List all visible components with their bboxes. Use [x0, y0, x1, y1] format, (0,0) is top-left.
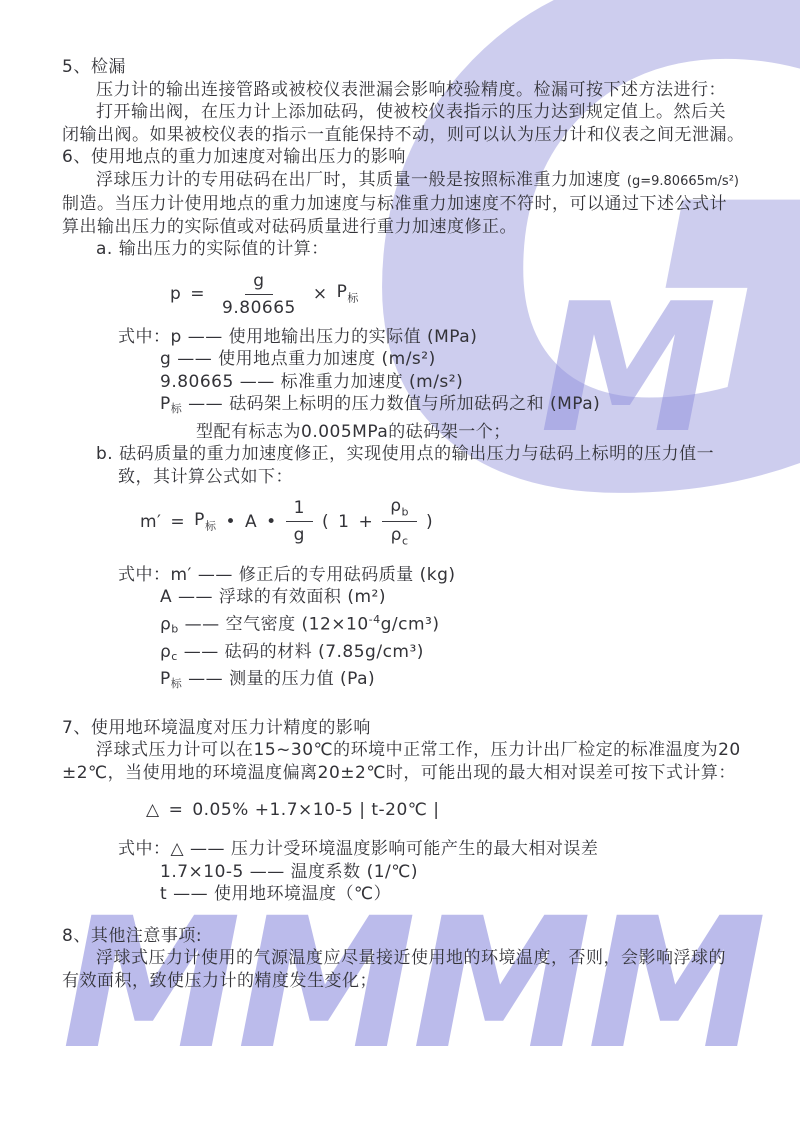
open-paren: (	[322, 512, 329, 532]
line-text: 7、使用地环境温度对压力计精度的影响	[62, 718, 371, 738]
line-text: 式中：△ —— 压力计受环境温度影响可能产生的最大相对误差	[118, 839, 598, 859]
doc-line: 1.7×10-5 —— 温度系数 (1/℃)	[160, 861, 760, 884]
text-group-4: 式中：△ —— 压力计受环境温度影响可能产生的最大相对误差1.7×10-5 ——…	[62, 838, 760, 992]
doc-line: 制造。当压力计使用地点的重力加速度与标准重力加速度不符时，可以通过下述公式计	[62, 193, 760, 216]
doc-line: 浮球式压力计可以在15~30℃的环境中正常工作，压力计出厂检定的标准温度为20	[96, 739, 760, 762]
doc-line: 8、其他注意事项:	[62, 925, 760, 948]
doc-line: ρb —— 空气密度 (12×10-4g/cm³)	[160, 609, 760, 641]
line-text: g/cm³)	[381, 614, 440, 634]
dot-operator: •	[266, 512, 277, 532]
line-text: —— 空气密度 (12×10	[179, 614, 369, 634]
formula-body: 0.05% +1.7×10-5 | t-20℃ |	[192, 800, 439, 820]
close-paren: )	[426, 512, 433, 532]
line-text: A —— 浮球的有效面积 (m²)	[160, 587, 386, 607]
multiply-sign: ×	[313, 284, 328, 304]
line-text: 9.80665 —— 标准重力加速度 (m/s²)	[160, 372, 463, 392]
subscript-text: 标	[171, 677, 183, 690]
fraction-numerator: g	[245, 271, 272, 295]
line-text: b. 砝码质量的重力加速度修正，实现使用点的输出压力与砝码上标明的压力值一	[96, 444, 714, 464]
formula-lhs: m′	[140, 512, 161, 532]
doc-line: 闭输出阀。如果被校仪表的指示一直能保持不动，则可以认为压力计和仪表之间无泄漏。	[62, 124, 760, 147]
line-text: 算出输出压力的实际值或对砝码质量进行重力加速度修正。	[62, 217, 517, 237]
line-text: 浮球压力计的专用砝码在出厂时，其质量一般是按照标准重力加速度	[96, 170, 627, 190]
formula-temperature-error: △ = 0.05% +1.7×10-5 | t-20℃ |	[146, 800, 760, 820]
doc-line: 浮球式压力计使用的气源温度应尽量接近使用地的环境温度，否则，会影响浮球的	[96, 947, 760, 970]
line-text: 浮球式压力计可以在15~30℃的环境中正常工作，压力计出厂检定的标准温度为20	[96, 740, 741, 760]
equals-sign: =	[170, 512, 185, 532]
line-text: 式中：m′ —— 修正后的专用砝码质量 (kg)	[118, 565, 456, 585]
doc-line: 打开输出阀，在压力计上添加砝码，使被校仪表指示的压力达到规定值上。然后关	[96, 101, 760, 124]
doc-line: g —— 使用地点重力加速度 (m/s²)	[160, 348, 760, 371]
line-text: ρ	[160, 614, 171, 634]
fraction-numerator: ρb	[382, 496, 417, 522]
doc-line: 压力计的输出连接管路或被校仪表泄漏会影响校验精度。检漏可按下述方法进行：	[96, 79, 760, 102]
doc-line: 致，其计算公式如下：	[118, 466, 760, 489]
line-text: 1.7×10-5 —— 温度系数 (1/℃)	[160, 862, 418, 882]
doc-line: 浮球压力计的专用砝码在出厂时，其质量一般是按照标准重力加速度 (g=9.8066…	[96, 169, 760, 194]
doc-line: 6、使用地点的重力加速度对输出压力的影响	[62, 146, 760, 169]
plus-sign: +	[358, 512, 373, 532]
doc-line: 式中：m′ —— 修正后的专用砝码质量 (kg)	[118, 564, 760, 587]
subscript-text: b	[171, 622, 178, 635]
formula-lhs: △	[146, 800, 160, 820]
dot-operator: •	[225, 512, 236, 532]
line-text: 压力计的输出连接管路或被校仪表泄漏会影响校验精度。检漏可按下述方法进行：	[96, 80, 726, 100]
line-text: P	[160, 394, 171, 414]
text-group-3: 式中：m′ —— 修正后的专用砝码质量 (kg)A —— 浮球的有效面积 (m²…	[62, 564, 760, 785]
line-text: —— 测量的压力值 (Pa)	[182, 669, 375, 689]
line-text: P	[160, 669, 171, 689]
line-text: a. 输出压力的实际值的计算：	[96, 239, 329, 259]
doc-line: 型配有标志为0.005MPa的砝码架一个；	[196, 421, 760, 444]
doc-line: 式中：△ —— 压力计受环境温度影响可能产生的最大相对误差	[118, 838, 760, 861]
line-text: 打开输出阀，在压力计上添加砝码，使被校仪表指示的压力达到规定值上。然后关	[96, 102, 726, 122]
doc-line: 有效面积，致使压力计的精度发生变化；	[62, 970, 760, 993]
doc-line: a. 输出压力的实际值的计算：	[96, 238, 760, 261]
doc-line: P标 —— 测量的压力值 (Pa)	[160, 668, 760, 696]
document-page: G M MMMM 5、检漏压力计的输出连接管路或被校仪表泄漏会影响校验精度。检漏…	[0, 0, 800, 1131]
line-text: 闭输出阀。如果被校仪表的指示一直能保持不动，则可以认为压力计和仪表之间无泄漏。	[62, 125, 745, 145]
doc-line: 式中：p —— 使用地输出压力的实际值 (MPa)	[118, 326, 760, 349]
line-text: 式中：p —— 使用地输出压力的实际值 (MPa)	[118, 327, 477, 347]
line-text: ρ	[160, 642, 171, 662]
line-text: 8、其他注意事项:	[62, 926, 202, 946]
doc-line: ρc —— 砝码的材料 (7.85g/cm³)	[160, 641, 760, 669]
line-text: ±2℃，当使用地的环境温度偏离20±2℃时，可能出现的最大相对误差可按下式计算：	[62, 763, 736, 783]
line-text: g —— 使用地点重力加速度 (m/s²)	[160, 349, 436, 369]
document-content: 5、检漏压力计的输出连接管路或被校仪表泄漏会影响校验精度。检漏可按下述方法进行：…	[0, 0, 800, 992]
line-text: 6、使用地点的重力加速度对输出压力的影响	[62, 147, 406, 167]
doc-line: ±2℃，当使用地的环境温度偏离20±2℃时，可能出现的最大相对误差可按下式计算：	[62, 762, 760, 785]
p-standard-symbol: P标	[194, 510, 216, 533]
small-note-text: (g=9.80665m/s²)	[627, 174, 739, 189]
formula-lhs: p	[170, 284, 181, 304]
doc-line: 7、使用地环境温度对压力计精度的影响	[62, 717, 760, 740]
subscript-text: 标	[171, 402, 183, 415]
fraction: g 9.80665	[214, 271, 304, 318]
doc-line: 算出输出压力的实际值或对砝码质量进行重力加速度修正。	[62, 216, 760, 239]
density-fraction: ρb ρc	[382, 496, 417, 548]
line-text: —— 砝码的材料 (7.85g/cm³)	[178, 642, 424, 662]
fraction-denominator: ρc	[383, 522, 417, 547]
number-one: 1	[338, 512, 349, 532]
fraction-numerator: 1	[286, 498, 313, 522]
doc-line: 9.80665 —— 标准重力加速度 (m/s²)	[160, 371, 760, 394]
text-group-1: 5、检漏压力计的输出连接管路或被校仪表泄漏会影响校验精度。检漏可按下述方法进行：…	[62, 56, 760, 261]
equals-sign: =	[190, 284, 205, 304]
doc-line: A —— 浮球的有效面积 (m²)	[160, 586, 760, 609]
text-group-2: 式中：p —— 使用地输出压力的实际值 (MPa)g —— 使用地点重力加速度 …	[62, 326, 760, 489]
line-text: 5、检漏	[62, 57, 126, 77]
equals-sign: =	[169, 800, 184, 820]
doc-line: b. 砝码质量的重力加速度修正，实现使用点的输出压力与砝码上标明的压力值一	[96, 443, 760, 466]
formula-mass-correction: m′ = P标 • A • 1 g ( 1 + ρb ρc )	[140, 496, 760, 548]
fraction-denominator: 9.80665	[214, 295, 304, 318]
line-text: 制造。当压力计使用地点的重力加速度与标准重力加速度不符时，可以通过下述公式计	[62, 194, 727, 214]
line-text: 型配有标志为0.005MPa的砝码架一个；	[196, 422, 511, 442]
doc-line: P标 —— 砝码架上标明的压力数值与所加砝码之和 (MPa)	[160, 393, 760, 421]
area-symbol: A	[245, 512, 257, 532]
fraction: 1 g	[286, 498, 313, 545]
doc-line: t —— 使用地环境温度（℃）	[160, 883, 760, 906]
fraction-denominator: g	[286, 522, 313, 545]
doc-line: 5、检漏	[62, 56, 760, 79]
line-text: 有效面积，致使压力计的精度发生变化；	[62, 971, 377, 991]
superscript-text: -4	[369, 613, 381, 626]
line-text: —— 砝码架上标明的压力数值与所加砝码之和 (MPa)	[182, 394, 600, 414]
line-text: 致，其计算公式如下：	[118, 467, 293, 487]
p-standard-symbol: P标	[337, 282, 359, 305]
line-text: t —— 使用地环境温度（℃）	[160, 884, 391, 904]
formula-output-pressure: p = g 9.80665 × P标	[170, 271, 760, 318]
line-text: 浮球式压力计使用的气源温度应尽量接近使用地的环境温度，否则，会影响浮球的	[96, 948, 726, 968]
